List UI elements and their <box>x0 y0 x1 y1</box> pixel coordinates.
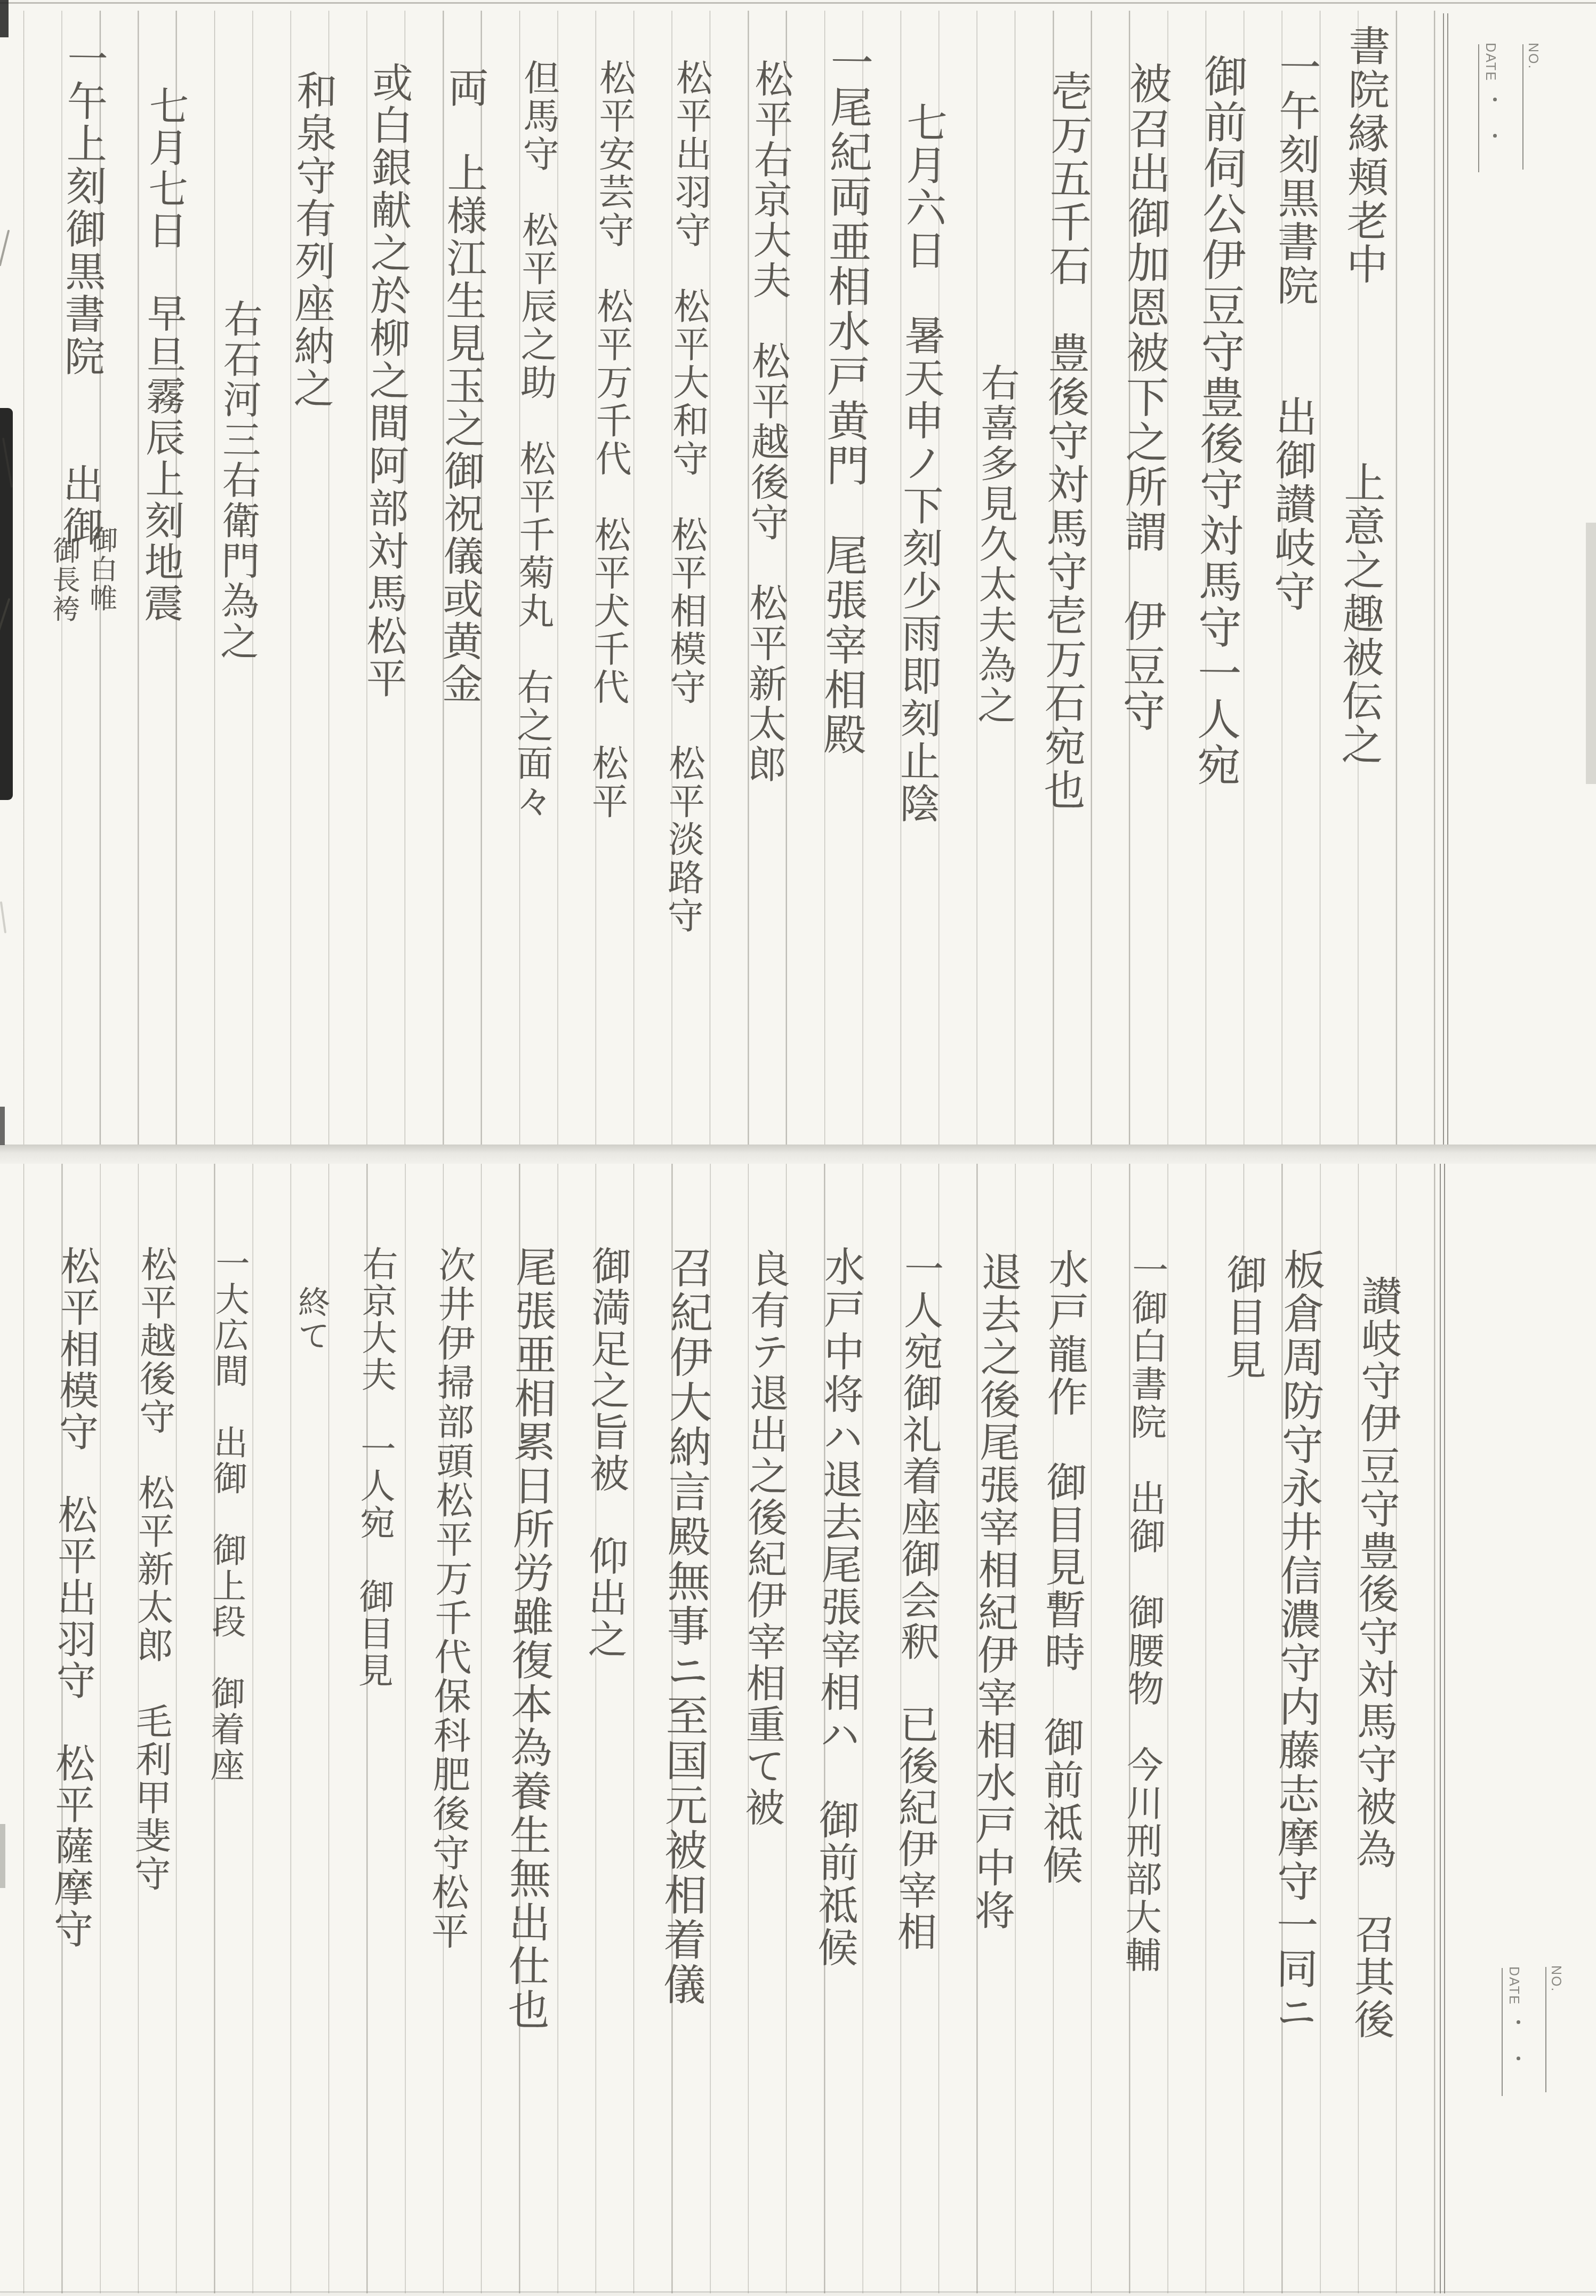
scan-bottom-edge <box>0 2291 1596 2293</box>
date-separator-dot <box>1493 98 1497 101</box>
no-field-line <box>1522 44 1523 170</box>
handwriting-column: 右喜多見久太夫為之 <box>973 363 1017 726</box>
handwriting-column: 書院縁頬老中 上意之趣被伝之 <box>1336 24 1388 767</box>
handwriting-column: 御前伺公伊豆守豊後守対馬守一人宛 <box>1191 53 1245 788</box>
handwriting-column: 右石河三右衛門為之 <box>216 299 260 662</box>
handwriting-column: 退去之後尾張宰相紀伊宰相水戸中将 <box>970 1251 1020 1932</box>
margin-double-line <box>1440 1164 1441 2293</box>
page-seam <box>0 1145 1596 1164</box>
handwriting-column: 讃岐守伊豆守豊後守対馬守被為 召其後 <box>1349 1275 1400 2041</box>
date-field-line <box>1478 44 1479 172</box>
handwriting-column: 終て <box>294 1285 328 1353</box>
handwriting-column: 松平相模守 松平出羽守 松平薩摩守 <box>49 1245 98 1950</box>
handwriting-column: 右京大夫 一人宛 御目見 <box>354 1245 396 1689</box>
handwriting-column: 召紀伊大納言殿無事ニ至国元被相着儀 <box>657 1245 711 2007</box>
handwriting-column: 良有テ退出之後紀伊宰相重て被 <box>741 1248 789 1829</box>
handwriting-column: 御長袴 <box>48 536 78 623</box>
handwriting-column: 一午刻黒書院 出御讃岐守 <box>1269 45 1319 614</box>
handwriting-column: 松平右京大夫 松平越後守 松平新太郎 <box>743 59 792 785</box>
handwriting-column: 松平越後守 松平新太郎 毛利甲斐守 <box>130 1245 175 1893</box>
scan-edge-mark <box>0 0 9 37</box>
handwriting-column: 一御白書院 出御 御腰物 今川刑部大輔 <box>1120 1251 1166 1974</box>
handwriting-column: 一尾紀両亜相水戸黄門 尾張宰相殿 <box>818 40 871 757</box>
handwriting-column: 壱万五千石 豊後守対馬守壱万石宛也 <box>1038 69 1090 812</box>
date-label: DATE <box>1506 1966 1521 2005</box>
scan-top-edge <box>0 2 1596 4</box>
margin-double-line <box>1444 1164 1445 2293</box>
margin-double-line <box>1447 13 1448 1145</box>
no-label: NO. <box>1548 1965 1563 1992</box>
margin-double-line <box>1443 13 1444 1145</box>
handwriting-column: 一大広間 出御 御上段 御着座 <box>205 1245 247 1783</box>
handwriting-column: 板倉周防守永井信濃守内藤志摩守一同ニ <box>1271 1248 1323 2035</box>
handwriting-column: 御満足之旨被 仰出之 <box>583 1245 630 1660</box>
scanned-notebook-document: NO. DATE NO. DATE 書院縁頬老中 上意之趣被伝之一午刻黒書院 出… <box>0 0 1596 2296</box>
handwriting-column: 一午上刻御黒書院 出御 <box>58 37 106 548</box>
date-separator-dot <box>1493 134 1497 138</box>
handwriting-column: 或白銀献之於柳之間阿部対馬松平 <box>361 61 411 700</box>
handwriting-column: 両 上様江生見玉之御祝儀或黄金 <box>437 67 486 706</box>
handwriting-column: 水戸中将ハ退去尾張宰相ハ 御前祗候 <box>813 1245 863 1969</box>
scan-edge-mark <box>0 1107 5 1145</box>
handwriting-column: 水戸龍作 御目見暫時 御前祗候 <box>1037 1248 1087 1887</box>
no-field-line <box>1545 1967 1546 2092</box>
handwriting-column: 七月七日 早旦霧辰上刻地震 <box>139 85 187 625</box>
date-separator-dot <box>1517 2057 1520 2060</box>
no-label: NO. <box>1525 43 1541 69</box>
handwriting-column: 七月六日 暑天申ノ下刻少雨即刻止陰 <box>895 101 945 825</box>
handwriting-column: 御白帷 <box>85 525 116 613</box>
date-separator-dot <box>1517 2020 1520 2024</box>
handwriting-column: 松平出羽守 松平大和守 松平相模守 松平淡路守 <box>663 59 710 935</box>
handwriting-column: 一人宛御礼着座御会釈 已後紀伊宰相 <box>893 1248 942 1953</box>
date-label: DATE <box>1482 43 1498 82</box>
handwriting-column: 但馬守 松平辰之助 松平千菊丸 右之面々 <box>511 59 558 821</box>
handwriting-column: 御目見 <box>1221 1253 1265 1381</box>
handwriting-column: 尾張亜相累日所労雖復本為養生無出仕也 <box>503 1245 555 2032</box>
handwriting-column: 次井伊掃部頭松平万千代保科肥後守松平 <box>427 1245 474 1951</box>
scan-edge-mark <box>0 1824 5 1888</box>
date-field-line <box>1502 1968 1503 2096</box>
handwriting-column: 被召出御加恩被下之所謂 伊豆守 <box>1117 61 1169 734</box>
handwriting-column: 和泉守有列座納之 <box>288 69 335 410</box>
handwriting-column: 松平安芸守 松平万千代 松平犬千代 松平 <box>587 59 633 821</box>
scan-edge-shadow <box>1586 523 1596 784</box>
